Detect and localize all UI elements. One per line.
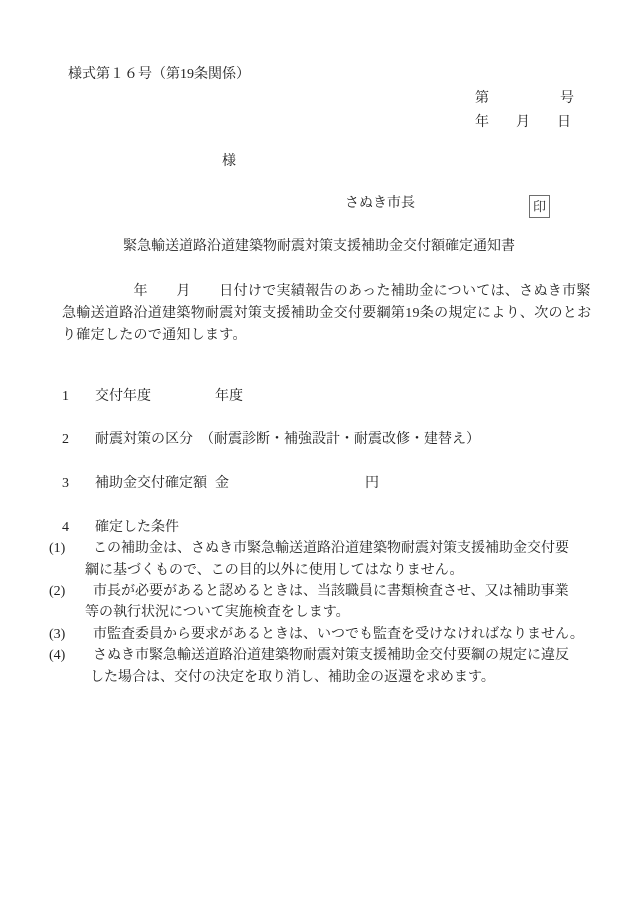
doc-number-line: 第 号: [475, 92, 574, 106]
item-3-label: 補助金交付確定額: [95, 477, 207, 491]
form-number: 様式第１６号（第19条関係）: [68, 68, 250, 82]
sender-name: さぬき市長: [345, 197, 415, 211]
condition-1-line-2: 綱に基づくもので、この目的以外に使用してはなりません。: [85, 564, 464, 578]
item-2-value: （耐震診断・補強設計・耐震改修・建替え）: [200, 433, 480, 447]
body-line: り確定したので通知します。: [62, 325, 582, 347]
condition-2-marker: (2): [49, 585, 65, 599]
body-paragraph: 年 月 日付けで実績報告のあった補助金については、さぬき市緊 急輸送道路沿道建築…: [62, 281, 582, 347]
addressee-suffix: 様: [222, 155, 236, 169]
item-1-label: 交付年度: [95, 390, 151, 404]
item-1-number: 1: [62, 390, 69, 404]
item-3-amount-suffix: 円: [365, 477, 379, 491]
item-3-number: 3: [62, 477, 69, 491]
condition-1-marker: (1): [49, 542, 65, 556]
seal-character: 印: [533, 200, 546, 213]
date-month: 月: [516, 116, 530, 130]
condition-4-marker: (4): [49, 649, 65, 663]
condition-3-marker: (3): [49, 628, 65, 642]
condition-3-line-1: 市監査委員から要求があるときは、いつでも監査を受けなければなりません。: [93, 628, 584, 642]
issue-date-line: 年 月 日: [475, 116, 571, 130]
doc-number-suffix: 号: [560, 92, 574, 106]
item-4-number: 4: [62, 521, 69, 535]
condition-4-line-1: さぬき市緊急輸送道路沿道建築物耐震対策支援補助金交付要綱の規定に違反: [93, 649, 569, 663]
condition-2-line-2: 等の執行状況について実施検査をします。: [85, 606, 350, 620]
date-day: 日: [557, 116, 571, 130]
document-title: 緊急輸送道路沿道建築物耐震対策支援補助金交付額確定通知書: [123, 240, 515, 254]
seal-stamp: 印: [529, 195, 550, 218]
item-3-amount-prefix: 金: [215, 477, 229, 491]
condition-4-line-2: した場合は、交付の決定を取り消し、補助金の返還を求めます。: [90, 671, 495, 685]
document-page: 様式第１６号（第19条関係） 第 号 年 月 日 様 さぬき市長 印 緊急輸送道…: [0, 0, 630, 915]
item-4-label: 確定した条件: [95, 521, 179, 535]
item-1-value: 年度: [215, 390, 243, 404]
condition-2-line-1: 市長が必要があると認めるときは、当該職員に書類検査させ、又は補助事業: [93, 585, 569, 599]
body-line: 急輸送道路沿道建築物耐震対策支援補助金交付要綱第19条の規定により、次のとお: [62, 303, 582, 325]
date-year: 年: [475, 116, 489, 130]
doc-number-prefix: 第: [475, 92, 489, 106]
body-line: 年 月 日付けで実績報告のあった補助金については、さぬき市緊: [62, 281, 582, 303]
condition-1-line-1: この補助金は、さぬき市緊急輸送道路沿道建築物耐震対策支援補助金交付要: [93, 542, 569, 556]
item-2-label: 耐震対策の区分: [95, 433, 193, 447]
item-2-number: 2: [62, 433, 69, 447]
